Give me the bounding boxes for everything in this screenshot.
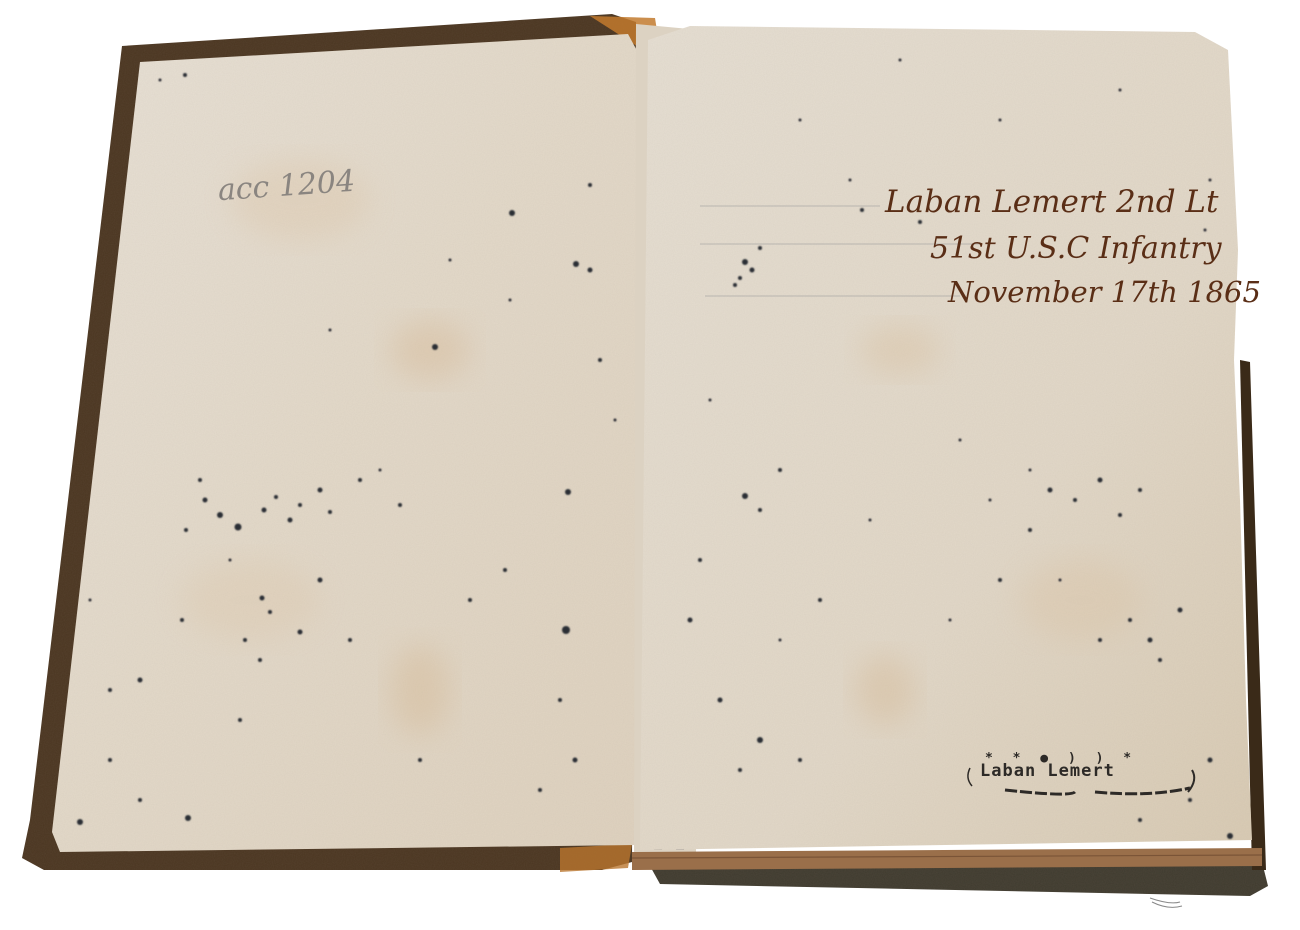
inscription-line-date: November 17th 1865 bbox=[947, 275, 1261, 309]
inscription-line-name-rank: Laban Lemert 2nd Lt bbox=[884, 184, 1219, 220]
loose-thread bbox=[1150, 898, 1182, 907]
left-page: acc 1204 bbox=[52, 34, 642, 852]
book-photo: acc 1204 bbox=[0, 0, 1300, 930]
right-page: Laban Lemert 2nd Lt 51st U.S.C Infantry … bbox=[640, 26, 1261, 850]
inscription-line-regiment: 51st U.S.C Infantry bbox=[930, 231, 1223, 266]
book-illustration: acc 1204 bbox=[0, 0, 1300, 930]
stamp-name: Laban Lemert bbox=[980, 761, 1115, 781]
